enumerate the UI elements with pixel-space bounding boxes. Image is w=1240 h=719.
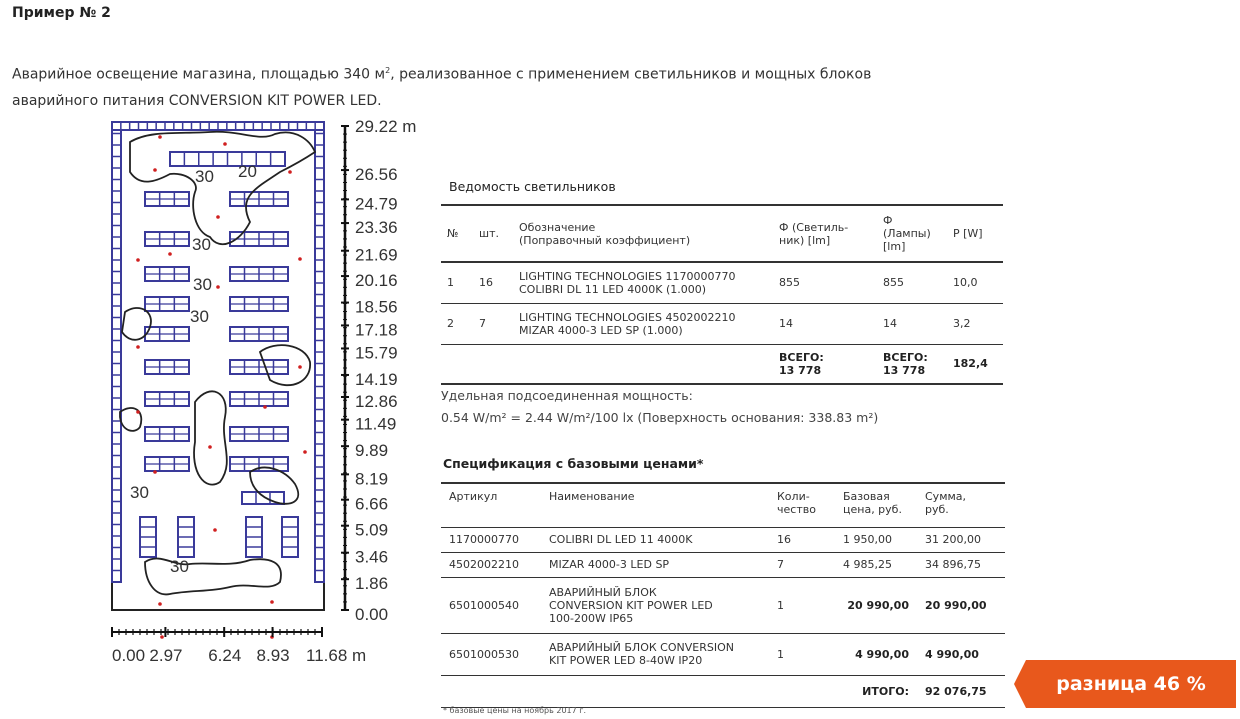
cell-qty: 7 [473,303,513,344]
cell-sum: 20 990,00 [917,577,1005,633]
measurement-point-dot [263,405,267,409]
col-item-name: Наименование [541,483,769,527]
col-power: P [W] [947,205,1003,262]
footnote: * базовые цены на ноябрь 2017 г. [443,706,586,715]
contour-label: 20 [238,162,257,181]
cell-base-price: 1 950,00 [835,527,917,552]
power-note-line1: Удельная подсоединенная мощность: [441,385,878,407]
contour-label: 30 [192,235,211,254]
measurement-point-dot [216,215,220,219]
description-line1-post: , реализованное с применением светильник… [390,67,871,83]
measurement-point-dot [303,450,307,454]
y-axis-label: 14.19 [355,370,398,389]
x-axis-label: 8.93 [257,646,290,665]
y-axis-label: 9.89 [355,441,388,460]
measurement-point-dot [270,600,274,604]
cell-name: LIGHTING TECHNOLOGIES 4502002210MIZAR 40… [513,303,773,344]
cell-base-price: 20 990,00 [835,577,917,633]
y-axis-label: 1.86 [355,574,388,593]
luminaires-total-row: ВСЕГО:13 778ВСЕГО:13 778182,4 [441,344,1003,384]
measurement-point-dot [160,635,164,639]
x-axis-label: 6.24 [208,646,241,665]
isolux-contour [194,391,227,484]
cell-quantity: 1 [769,633,835,675]
col-sum: Сумма, руб. [917,483,1005,527]
cell-sum: 34 896,75 [917,552,1005,577]
y-axis-label: 21.69 [355,246,398,265]
y-axis-label: 29.22 m [355,117,416,136]
total-power: 182,4 [947,344,1003,384]
cell-item-name: COLIBRI DL LED 11 4000K [541,527,769,552]
y-axis-label: 26.56 [355,165,398,184]
example-title: Пример № 2 [12,5,111,21]
y-axis-label: 20.16 [355,271,398,290]
y-axis-label: 24.79 [355,194,398,213]
col-flux-lamp: Ф (Лампы) [lm] [877,205,947,262]
measurement-point-dot [153,168,157,172]
y-axis-label: 18.56 [355,298,398,317]
total-label: ИТОГО: [835,675,917,707]
cell-flux-luminaire: 855 [773,262,877,303]
contour-label: 30 [190,307,209,326]
cell-power: 3,2 [947,303,1003,344]
cell-power: 10,0 [947,262,1003,303]
x-axis-label: 0.00 [112,646,145,665]
col-qty: шт. [473,205,513,262]
measurement-point-dot [168,252,172,256]
total-value: 92 076,75 [917,675,1005,707]
cell-sum: 4 990,00 [917,633,1005,675]
measurement-point-dot [298,365,302,369]
description-line1-pre: Аварийное освещение магазина, площадью 3… [12,67,385,83]
cell-base-price: 4 990,00 [835,633,917,675]
spec-table-title: Спецификация с базовыми ценами* [443,456,703,471]
cell-article: 6501000530 [441,633,541,675]
cell-item-name: АВАРИЙНЫЙ БЛОК CONVERSION KIT POWER LED … [541,577,769,633]
cell-base-price: 4 985,25 [835,552,917,577]
cell-sum: 31 200,00 [917,527,1005,552]
y-axis-label: 15.79 [355,343,398,362]
power-density-note: Удельная подсоединенная мощность: 0.54 W… [441,385,878,429]
cell-item-name: АВАРИЙНЫЙ БЛОК CONVERSION KIT POWER LED … [541,633,769,675]
cell-qty: 16 [473,262,513,303]
y-axis-label: 6.66 [355,495,388,514]
measurement-point-dot [136,410,140,414]
cell-item-name: MIZAR 4000-3 LED SP [541,552,769,577]
floor-plan-diagram: 3020303030303029.22 m26.5624.7923.3621.6… [100,112,450,672]
measurement-point-dot [213,528,217,532]
contour-label: 30 [130,483,149,502]
measurement-point-dot [136,258,140,262]
cell-name: LIGHTING TECHNOLOGIES 1170000770COLIBRI … [513,262,773,303]
y-axis-label: 11.49 [355,415,396,434]
measurement-point-dot [216,285,220,289]
cell-quantity: 7 [769,552,835,577]
cell-flux-luminaire: 14 [773,303,877,344]
y-axis-label: 12.86 [355,392,398,411]
contour-label: 30 [195,167,214,186]
isolux-contour [122,308,151,340]
luminaire-row: 27LIGHTING TECHNOLOGIES 4502002210MIZAR … [441,303,1003,344]
description: Аварийное освещение магазина, площадью 3… [12,58,952,114]
spec-header-row: Артикул Наименование Коли- чество Базова… [441,483,1005,527]
cell-article: 4502002210 [441,552,541,577]
luminaire-row: 116LIGHTING TECHNOLOGIES 1170000770COLIB… [441,262,1003,303]
cell-flux-lamp: 14 [877,303,947,344]
cell-no: 2 [441,303,473,344]
col-base-price: Базовая цена, руб. [835,483,917,527]
cell-article: 6501000540 [441,577,541,633]
col-no: № [441,205,473,262]
difference-badge-text: разница 46 % [1044,673,1206,695]
cell-quantity: 1 [769,577,835,633]
y-axis-label: 17.18 [355,320,398,339]
luminaires-header-row: № шт. Обозначение (Поправочный коэффицие… [441,205,1003,262]
x-axis-label: 2.97 [149,646,182,665]
measurement-point-dot [158,602,162,606]
measurement-point-dot [158,135,162,139]
cell-flux-lamp: 855 [877,262,947,303]
luminaires-table: № шт. Обозначение (Поправочный коэффицие… [441,204,1003,385]
measurement-point-dot [288,170,292,174]
luminaires-table-title: Ведомость светильников [449,179,616,194]
y-axis-label: 23.36 [355,218,398,237]
cell-quantity: 16 [769,527,835,552]
measurement-point-dot [153,470,157,474]
isolux-contour [130,132,315,244]
spec-row: 6501000530АВАРИЙНЫЙ БЛОК CONVERSION KIT … [441,633,1005,675]
power-note-line2: 0.54 W/m² = 2.44 W/m²/100 lx (Поверхност… [441,407,878,429]
measurement-point-dot [136,345,140,349]
spec-row: 1170000770COLIBRI DL LED 11 4000K161 950… [441,527,1005,552]
spec-row: 6501000540АВАРИЙНЫЙ БЛОК CONVERSION KIT … [441,577,1005,633]
col-quantity: Коли- чество [769,483,835,527]
spec-total-row: ИТОГО:92 076,75 [441,675,1005,707]
total-flux-luminaire: ВСЕГО:13 778 [773,344,877,384]
col-name: Обозначение (Поправочный коэффициент) [513,205,773,262]
spec-table: Артикул Наименование Коли- чество Базова… [441,482,1005,708]
cell-article: 1170000770 [441,527,541,552]
col-flux-luminaire: Ф (Светиль- ник) [lm] [773,205,877,262]
difference-badge: разница 46 % [1014,660,1236,708]
y-axis-label: 8.19 [355,469,388,488]
y-axis-label: 0.00 [355,605,388,624]
contour-label: 30 [193,275,212,294]
spec-row: 4502002210MIZAR 4000-3 LED SP74 985,2534… [441,552,1005,577]
measurement-point-dot [223,142,227,146]
col-article: Артикул [441,483,541,527]
isolux-contour [145,559,281,595]
y-axis-label: 5.09 [355,521,388,540]
x-axis-label: 11.68 m [306,646,366,665]
measurement-point-dot [208,445,212,449]
contour-label: 30 [170,557,189,576]
measurement-point-dot [298,257,302,261]
description-line2: аварийного питания CONVERSION KIT POWER … [12,88,952,114]
y-axis-label: 3.46 [355,548,388,567]
cell-no: 1 [441,262,473,303]
total-flux-lamp: ВСЕГО:13 778 [877,344,947,384]
